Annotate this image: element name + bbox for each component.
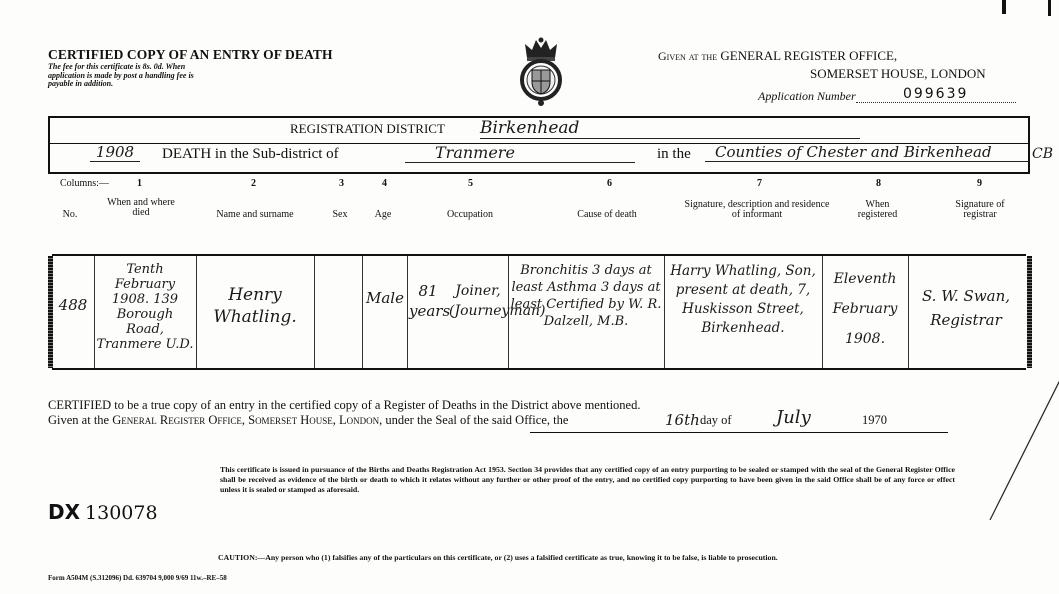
county-suffix: CB: [1032, 146, 1053, 162]
registration-district-label: REGISTRATION DISTRICT: [290, 121, 445, 137]
column-number: 4: [382, 178, 387, 189]
column-number: 1: [137, 178, 142, 189]
header-informant: Signature, description and residence of …: [682, 200, 832, 220]
entry-informant: Harry Whatling, Son, present at death, 7…: [666, 262, 820, 338]
subdistrict-value: Tranmere: [405, 143, 635, 163]
caution-notice: CAUTION:—Any person who (1) falsifies an…: [218, 553, 778, 562]
day-of-label: day of: [700, 413, 732, 428]
entry-when-registered: Eleventh February 1908.: [824, 264, 906, 354]
application-number: 099639: [856, 86, 1016, 103]
entry-no: 488: [52, 298, 94, 313]
entry-sex: Male: [364, 291, 406, 306]
entry-when-where: Tenth February 1908. 139 Borough Road, T…: [96, 262, 194, 352]
given-at-office: Given at the GENERAL REGISTER OFFICE,: [658, 48, 897, 64]
fee-note: The fee for this certificate is 8s. 0d. …: [48, 63, 218, 89]
column-number: 7: [757, 178, 762, 189]
royal-crest-icon: [518, 36, 564, 108]
header-registrar: Signature of registrar: [945, 200, 1015, 220]
entry-age: 81 years: [409, 281, 447, 321]
application-number-field: Application Number099639: [758, 88, 1016, 105]
entry-occupation: Joiner, (Journeyman): [449, 281, 507, 321]
column-number: 2: [251, 178, 256, 189]
given-pre: Given at the: [48, 413, 109, 427]
certification-day: 16th: [665, 411, 700, 429]
given-prefix: Given at the: [658, 49, 717, 63]
entry-cause: Bronchitis 3 days at least Asthma 3 days…: [510, 262, 662, 330]
given-office-smallcaps: General Register Office, Somerset House,…: [112, 413, 382, 427]
header-when-where: When and where died: [106, 198, 176, 218]
header-occupation: Occupation: [425, 210, 515, 220]
divider-line: [530, 432, 948, 433]
serial-prefix: DX: [48, 500, 80, 524]
given-address: SOMERSET HOUSE, LONDON: [810, 66, 986, 82]
pen-stroke: [985, 380, 1059, 520]
entry-name: Henry Whatling.: [198, 284, 312, 328]
in-the-label: in the: [657, 146, 691, 163]
given-office: GENERAL REGISTER OFFICE,: [720, 48, 897, 63]
scan-mark: [1002, 0, 1006, 14]
header-age: Age: [368, 210, 398, 220]
header-no: No.: [55, 210, 85, 220]
scan-mark: [1048, 0, 1051, 16]
column-number: 9: [977, 178, 982, 189]
entry-registrar: S. W. Swan, Registrar: [910, 284, 1022, 332]
header-cause: Cause of death: [562, 210, 652, 220]
column-number: 8: [876, 178, 881, 189]
column-number: 5: [468, 178, 473, 189]
registration-year: 1908: [90, 143, 140, 162]
act-notice: This certificate is issued in pursuance …: [220, 465, 955, 495]
form-code: Form A504M (S.312096) Dd. 639704 9,000 9…: [48, 574, 227, 582]
header-name: Name and surname: [200, 210, 310, 220]
county-value: Counties of Chester and Birkenhead: [705, 143, 1030, 162]
header-when-registered: When registered: [850, 200, 905, 220]
registration-district-value: Birkenhead: [480, 118, 860, 139]
certification-given-line: Given at the General Register Office, So…: [48, 413, 568, 428]
certification-month: July: [776, 407, 811, 428]
certificate-title: CERTIFIED COPY OF AN ENTRY OF DEATH: [48, 47, 333, 63]
application-label: Application Number: [758, 89, 856, 103]
serial-number: DX 130078: [48, 500, 158, 525]
death-subdistrict-label: DEATH in the Sub-district of: [162, 146, 339, 163]
serial-value: 130078: [85, 502, 158, 524]
certification-statement: CERTIFIED to be a true copy of an entry …: [48, 398, 640, 413]
columns-label: Columns:—: [60, 178, 109, 189]
entry-table: 488 Tenth February 1908. 139 Borough Roa…: [52, 254, 1026, 370]
given-post: under the Seal of the said Office, the: [385, 413, 568, 427]
certification-year: 1970: [862, 413, 887, 428]
header-sex: Sex: [325, 210, 355, 220]
column-number: 6: [607, 178, 612, 189]
column-number: 3: [339, 178, 344, 189]
